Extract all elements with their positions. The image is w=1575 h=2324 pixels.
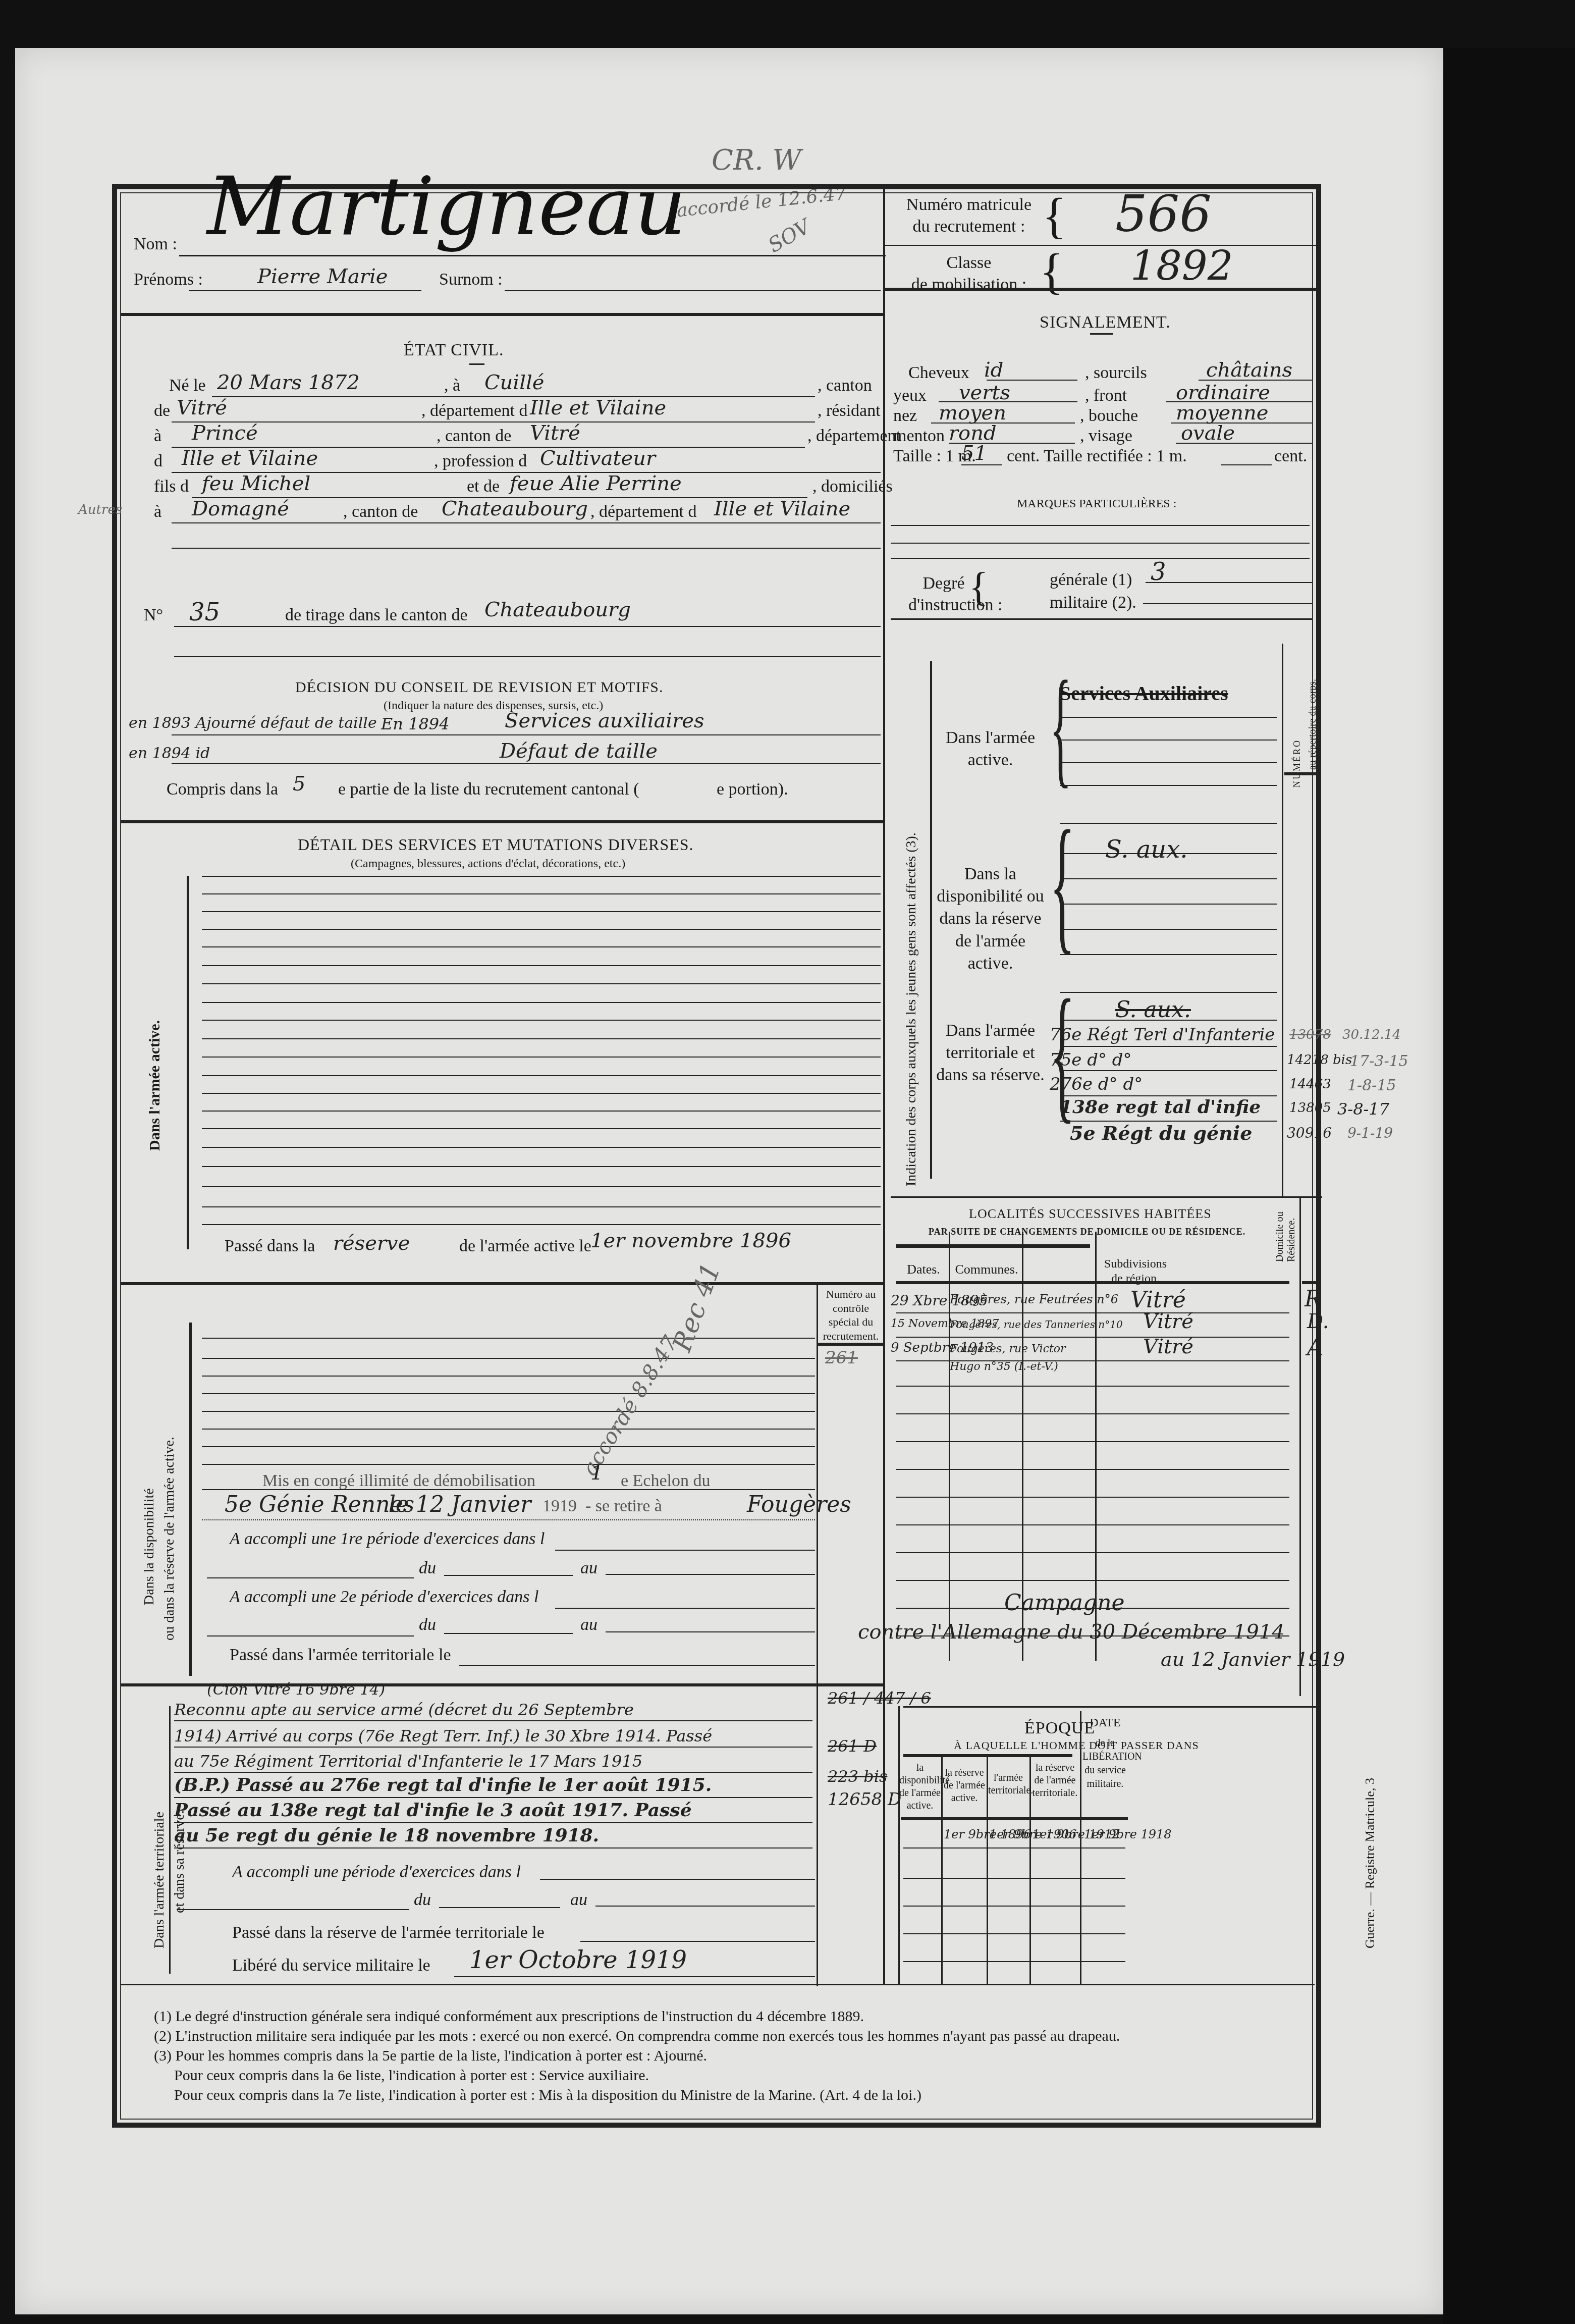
localites-col-communes: Communes.	[951, 1262, 1022, 1277]
numero-controle-4: 223 bis	[828, 1767, 887, 1786]
terr-note-header: (Cion Vitré 16 9bre 14)	[207, 1681, 385, 1699]
compris-label: Compris dans la	[167, 780, 278, 799]
corps-row-4: 138e regt tal d'infie	[1060, 1096, 1261, 1118]
instruction-militaire-label: militaire (2).	[1050, 593, 1136, 612]
passe-territoriale-label: Passé dans l'armée territoriale le	[230, 1646, 451, 1665]
libere-date: 1er Octobre 1919	[469, 1946, 687, 1974]
numero-controle-5: 12658 D	[828, 1789, 901, 1810]
decision-line1-year: En 1894	[381, 714, 450, 733]
footnotes: (1) Le degré d'instruction générale sera…	[154, 2006, 1120, 2105]
side-label-dispo-1: Dans la disponibilité	[141, 1488, 157, 1605]
annotation-cr: CR. W	[712, 144, 801, 177]
liberation-label: de la LIBÉRATION du service militaire.	[1082, 1736, 1128, 1791]
footnote-1: (1) Le degré d'instruction générale sera…	[154, 2006, 1120, 2026]
localite-row-3-dr: A	[1307, 1335, 1323, 1361]
corps-active-stamp: Services Auxiliaires	[1060, 681, 1228, 705]
campagne-title: Campagne	[1004, 1590, 1125, 1616]
sourcils-label: , sourcils	[1085, 363, 1147, 383]
localite-row-2-dr: D.	[1307, 1310, 1329, 1333]
bouche-label: , bouche	[1080, 406, 1138, 426]
passe-reserve-label: Passé dans la	[225, 1237, 315, 1256]
brace-icon: {	[1040, 242, 1064, 300]
corps-dispo-value: S. aux.	[1105, 835, 1188, 864]
periode2-au-label: au	[580, 1615, 598, 1634]
periode1-du-label: du	[419, 1559, 436, 1578]
cheveux-value: id	[984, 358, 1003, 382]
passe-reserve-terr-label: Passé dans la réserve de l'armée territo…	[232, 1923, 545, 1942]
side-label-active: Dans l'armée active.	[146, 1020, 164, 1151]
conge-unit: 5e Génie Rennes	[225, 1492, 414, 1517]
prenoms-label: Prénoms :	[134, 270, 203, 289]
residence-departement: Ille et Vilaine	[182, 447, 318, 470]
passe-reserve-date: 1er novembre 1896	[590, 1229, 791, 1252]
decision-line2-right: Défaut de taille	[500, 740, 658, 763]
tirage-no-label: N°	[144, 606, 163, 625]
corps-row-4-numero: 13805	[1289, 1100, 1331, 1116]
terr-line-5: Passé au 138e regt tal d'infie le 3 août…	[174, 1800, 692, 1821]
menton-label: menton	[893, 427, 945, 446]
profession-value: Cultivateur	[540, 447, 656, 470]
side-label-dispo-2: ou dans la réserve de l'armée active.	[161, 1437, 178, 1641]
matricule-value: 566	[1115, 184, 1212, 243]
periode2-label: A accompli une 2e période d'exercices da…	[230, 1588, 538, 1607]
passe-reserve-mid: de l'armée active le	[459, 1237, 591, 1256]
numero-repertoire-label-1: NUMÉRO	[1292, 739, 1302, 787]
domicile-commune: Domagné	[192, 497, 289, 520]
localites-col-dates: Dates.	[898, 1262, 949, 1277]
brace-icon: {	[1042, 187, 1066, 245]
birth-date: 20 Mars 1872	[217, 371, 360, 394]
mother-name: feue Alie Perrine	[510, 472, 682, 495]
matricule-label: Numéro matriculedu recrutement :	[898, 194, 1040, 237]
residence-departement-label: , département	[807, 427, 901, 446]
domicilies-label: , domiciliés	[812, 477, 893, 496]
localites-col-dr: Domicile ou Résidence.	[1274, 1206, 1297, 1262]
annotation-left-margin: Autres	[78, 502, 122, 517]
footnote-4: Pour ceux compris dans la 6e liste, l'in…	[154, 2066, 1120, 2085]
visage-value: ovale	[1181, 421, 1235, 445]
terr-line-1: Reconnu apte au service armé (décret du …	[174, 1700, 634, 1719]
terr-line-6: au 5e regt du génie le 18 novembre 1918.	[174, 1825, 599, 1846]
signalement-title: SIGNALEMENT.	[1040, 313, 1171, 332]
localite-row-2-commune: Fougères, rue des Tanneries n°10	[950, 1318, 1123, 1331]
front-label: , front	[1085, 386, 1127, 405]
corps-row-2-numero: 14218 bis	[1287, 1052, 1352, 1068]
decision-line1-left: en 1893 Ajourné défaut de taille	[129, 714, 377, 732]
epoque-col-1: la disponibilité de l'armée active.	[899, 1762, 941, 1812]
compris-suffix: e partie de la liste du recrutement cant…	[338, 780, 639, 799]
visage-label: , visage	[1080, 427, 1132, 446]
footnote-2: (2) L'instruction militaire sera indiqué…	[154, 2026, 1120, 2046]
epoque-col-2: la réserve de l'armée active.	[943, 1767, 986, 1805]
localite-row-1-subdivision: Vitré	[1130, 1287, 1186, 1313]
residant-a-label: à	[154, 427, 161, 446]
conge-date: le 12 Janvier	[389, 1492, 531, 1517]
birth-departement: Ille et Vilaine	[530, 396, 666, 419]
passe-reserve-value: réserve	[333, 1232, 410, 1255]
numero-controle-3: 261 D	[828, 1736, 877, 1756]
localites-subtitle: PAR SUITE DE CHANGEMENTS DE DOMICILE OU …	[929, 1227, 1245, 1237]
localite-row-2-subdivision: Vitré	[1143, 1310, 1193, 1333]
tirage-number: 35	[189, 598, 220, 626]
conge-echelon: 1	[590, 1461, 603, 1485]
detail-services-title: DÉTAIL DES SERVICES ET MUTATIONS DIVERSE…	[298, 835, 694, 854]
liberation-title: DATE	[1082, 1716, 1128, 1730]
footnote-3: (3) Pour les hommes compris dans la 5e p…	[154, 2046, 1120, 2066]
numero-controle-1: 261	[825, 1348, 858, 1368]
nom-value: Martigneau	[207, 159, 686, 253]
surnom-label: Surnom :	[439, 270, 503, 289]
footnote-5: Pour ceux compris dans la 7e liste, l'in…	[154, 2085, 1120, 2105]
corps-row-5-date: 9-1-19	[1347, 1125, 1393, 1141]
corps-row-1-numero: 13078	[1289, 1027, 1331, 1042]
brace-icon: {	[1050, 808, 1075, 959]
nez-label: nez	[893, 406, 917, 426]
epoque-subtitle: À LAQUELLE L'HOMME DOIT PASSER DANS	[954, 1739, 1199, 1752]
degre-instruction-label: Degréd'instruction :	[908, 573, 979, 616]
corps-row-1-date: 30.12.14	[1342, 1027, 1401, 1042]
corps-row-2: 75e d° d°	[1050, 1050, 1132, 1070]
conge-echelon-label: e Echelon du	[621, 1471, 711, 1491]
liberation-value: 1er 9bre 1918	[1084, 1827, 1172, 1841]
corps-row-3-date: 1-8-15	[1347, 1077, 1396, 1094]
periode-terr-du-label: du	[414, 1890, 431, 1910]
taille-value: 51	[961, 442, 987, 465]
tirage-canton: Chateaubourg	[484, 598, 631, 621]
birth-canton: Vitré	[177, 396, 227, 419]
localite-row-1-dr: R	[1305, 1286, 1321, 1312]
localite-row-1-commune: Fougères, rue Feutrées n°6	[950, 1292, 1118, 1306]
domicile-departement-label: , département d	[590, 502, 697, 521]
corps-side-label: Indication des corps auxquels les jeunes…	[903, 832, 919, 1186]
taille-cent-label: cent.	[1274, 447, 1307, 466]
periode2-du-label: du	[419, 1615, 436, 1634]
periode1-label: A accompli une 1re période d'exercices d…	[230, 1529, 545, 1549]
corps-row-1: 76e Régt Terl d'Infanterie	[1050, 1025, 1275, 1045]
decision-title: DÉCISION DU CONSEIL DE REVISION ET MOTIF…	[295, 679, 664, 696]
epoque-col-3: l'armée territoriale.	[988, 1772, 1028, 1797]
terr-line-3: au 75e Régiment Territorial d'Infanterie…	[174, 1752, 642, 1771]
terr-line-4: (B.P.) Passé au 276e regt tal d'infie le…	[174, 1774, 712, 1795]
localite-row-3-subdivision: Vitré	[1143, 1335, 1193, 1358]
birth-place: Cuillé	[484, 371, 544, 394]
instruction-generale-label: générale (1)	[1050, 570, 1132, 590]
book-spine-shadow	[1443, 48, 1575, 2324]
decision-line2-left: en 1894 id	[129, 745, 210, 762]
side-label-terr-1: Dans l'armée territoriale	[151, 1812, 168, 1948]
tirage-label: de tirage dans le canton de	[285, 606, 468, 625]
brace-icon: {	[969, 564, 988, 610]
corps-terr-label: Dans l'armée territoriale et dans sa rés…	[936, 1020, 1045, 1087]
numero-repertoire-label-2: au répertoire du corps.	[1307, 679, 1319, 770]
numero-controle-2: 261 / 447 / 6	[828, 1688, 931, 1708]
domicile-departement: Ille et Vilaine	[714, 497, 850, 520]
periode-terr-au-label: au	[570, 1890, 587, 1910]
retire-value: Fougères	[747, 1492, 851, 1517]
marques-label: MARQUES PARTICULIÈRES :	[1017, 497, 1176, 511]
localite-row-3-commune: Fougères, rue Victor Hugo n°35 (I.-et-V.…	[950, 1340, 1071, 1376]
cheveux-label: Cheveux	[908, 363, 969, 383]
etat-civil-title: ÉTAT CIVIL.	[404, 341, 504, 360]
conge-label: Mis en congé illimité de démobilisation	[262, 1471, 535, 1491]
corps-row-5-numero: 30916	[1287, 1125, 1332, 1141]
birth-place-label: , à	[444, 376, 460, 395]
d-label: d	[154, 452, 162, 471]
residence-canton: Vitré	[530, 421, 580, 445]
numero-controle-label: Numéro au contrôle spécial du recrutemen…	[819, 1287, 883, 1343]
nom-label: Nom :	[134, 235, 177, 254]
portion-suffix: e portion).	[717, 780, 788, 799]
profession-label: , profession d	[434, 452, 527, 471]
compris-partie: 5	[293, 772, 305, 796]
epoque-col-4: la réserve de l'armée territoriale.	[1031, 1762, 1079, 1800]
periode-terr-label: A accompli une période d'exercices dans …	[232, 1863, 521, 1882]
father-name: feu Michel	[202, 472, 310, 495]
decision-line1-right: Services auxiliaires	[505, 709, 704, 732]
residence-commune: Princé	[192, 421, 258, 445]
classe-value: 1892	[1130, 242, 1233, 289]
de-label: de	[154, 401, 170, 420]
residant-label: , résidant	[818, 401, 881, 420]
brace-icon: {	[1050, 661, 1072, 793]
domicile-a-label: à	[154, 502, 161, 521]
corps-row-3-numero: 14463	[1289, 1077, 1331, 1092]
campagne-line-2: contre l'Allemagne du 30 Décembre 1914	[858, 1620, 1285, 1644]
canton-label: , canton	[818, 376, 872, 395]
retire-label: - se retire à	[585, 1497, 662, 1516]
corps-terr-struck: S. aux.	[1115, 997, 1191, 1023]
domicile-canton-label: , canton de	[343, 502, 418, 521]
sourcils-value: châtains	[1206, 358, 1292, 382]
detail-services-subtitle: (Campagnes, blessures, actions d'éclat, …	[351, 857, 625, 871]
prenoms-value: Pierre Marie	[257, 265, 388, 288]
domicile-canton: Chateaubourg	[442, 497, 588, 520]
taille-rectifiee-label: cent. Taille rectifiée : 1 m.	[1007, 447, 1187, 466]
campagne-line-3: au 12 Janvier 1919	[1161, 1648, 1345, 1670]
corps-row-3: 276e d° d°	[1050, 1074, 1143, 1094]
libere-label: Libéré du service militaire le	[232, 1956, 430, 1975]
corps-dispo-label: Dans la disponibilité ou dans la réserve…	[936, 863, 1045, 975]
periode1-au-label: au	[580, 1559, 598, 1578]
departement-label: , département d	[421, 401, 528, 420]
corps-row-4-date: 3-8-17	[1337, 1099, 1389, 1119]
corps-row-2-date: 17-3-15	[1350, 1052, 1408, 1070]
corps-row-5: 5e Régt du génie	[1070, 1122, 1252, 1144]
yeux-label: yeux	[893, 386, 927, 405]
residence-canton-label: , canton de	[437, 427, 511, 446]
ne-le-label: Né le	[169, 376, 206, 395]
conge-year: 1919	[542, 1497, 577, 1516]
corps-active-label: Dans l'armée active.	[936, 727, 1045, 771]
localites-title: LOCALITÉS SUCCESSIVES HABITÉES	[969, 1206, 1212, 1222]
fils-label: fils d	[154, 477, 189, 496]
terr-line-2: 1914) Arrivé au corps (76e Regt Terr. In…	[174, 1726, 712, 1746]
registre-imprint: Guerre. — Registre Matricule, 3	[1363, 1778, 1378, 1948]
et-de-label: et de	[467, 477, 500, 496]
